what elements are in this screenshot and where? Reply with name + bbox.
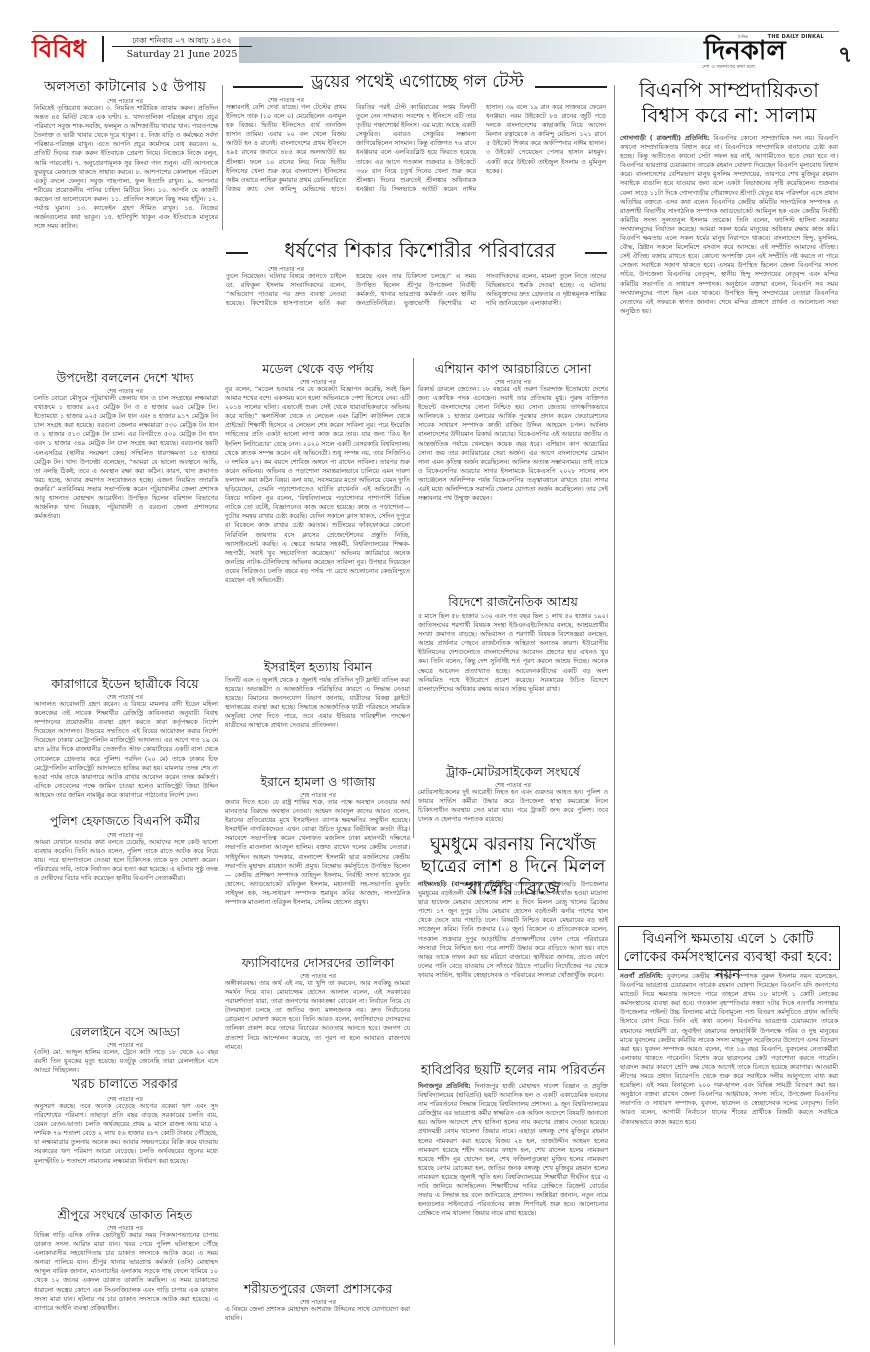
headline: ইসরাইল হত্যায় বিমান [226, 660, 410, 673]
headline: ট্রাক-মোটরসাইকেল সংঘর্ষে [418, 765, 608, 778]
body-text: বিএনপির কোনো সাম্প্রদায়িক দল নয়। বিএনপ… [620, 135, 838, 315]
headline: পুলিশ হেফাজতে বিএনপি কর্মীর [35, 815, 215, 828]
section-logo: বিবিধ [32, 35, 86, 63]
headline: শ্রীপুরে সংঘর্ষে ডাকাত নিহত [35, 1209, 215, 1222]
brand-logo: দিনকাল [704, 38, 786, 64]
article-body: চলতি বোরো মৌসুমে পটুয়াখালী জেলায় ধান ও… [34, 394, 218, 674]
column-divider [614, 85, 615, 1345]
headline: বিদেশে রাজনৈতিক আশ্রয় [418, 595, 608, 608]
article-body: গোদাগাড়ী ( রাজশাহী) প্রতিনিধি: বিএনপির … [620, 134, 838, 924]
article-body: রিকার্ভ ডাবলে জেতেন। ১৮ বছরের এই তরুণ তি… [418, 385, 608, 590]
headline: খরচ চালাতে সরকার [35, 1078, 215, 1092]
article-body: বিভিন্ন গাড়ি এদিক ওদিক ছোটাছুটি করার সম… [34, 1231, 218, 1327]
byline: দিনাজপুর প্রতিনিধি: [418, 1083, 471, 1090]
headline: হাবিপ্রবির ছয়টি হলের নাম পরিবর্তন [418, 1064, 608, 1078]
headline: শরীয়তপুরের জেলা প্রশাসকের [226, 1282, 410, 1295]
body-text: যুবদলের কেন্দ্রীয় সাধারণ সম্পাদক নুরুল … [620, 973, 838, 1126]
headline: রেললাইনে বসে আড্ডা [35, 1026, 215, 1039]
headline-box: বিএনপি ক্ষমতায় এলে ১ কোটি লোকের কর্মসংস… [618, 926, 840, 970]
headline: ড্রয়ের পথেই এগোচ্ছে গল টেস্ট [305, 74, 530, 92]
article-noyon-body: নওগাঁ প্রতিনিধি: যুবদলের কেন্দ্রীয় সাধা… [620, 972, 838, 1327]
article-body: আমরা যেখানে যতবার কথা বলতে চেয়েছি, আমাদ… [34, 838, 218, 1022]
headline: বিএনপি সাম্প্রদায়িকতা বিশ্বাস করে না: স… [620, 78, 838, 128]
article-body: নুর বলেন, “মডেল হওয়ার পর যে কয়েকটা বিজ… [225, 385, 410, 655]
column-divider [222, 85, 223, 230]
byline: গোদাগাড়ী ( রাজশাহী) প্রতিনিধি: [620, 135, 710, 142]
article-body: এ বিষয়ে জেলা প্রশাসক মোহাম্মদ আশরাফ উদ্… [225, 1305, 410, 1325]
newspaper-brand: দৈনিক THE DAILY DINKAL দিনকাল [704, 34, 824, 64]
page-number: ৭ [838, 38, 852, 75]
article-body: মোটরসাইকেলের দুই আরোহী নিহত হন এবং গুরুত… [418, 788, 608, 826]
article-body: অঙ্গীকারবদ্ধ। তার অর্থ এই নয়, যা খুশি ত… [225, 979, 410, 1279]
headline-rule-left [226, 252, 248, 254]
page-header: বিবিধ ঢাকা শনিবার ০৭ আষাঢ় ১৪৩২ Saturday… [32, 31, 839, 61]
article-body: (ওসি) মো. আব্দুল হালিম বলেন, ট্রেনে কাটা… [34, 1048, 218, 1076]
article-body: তিনটি এবং ৩ জুলাই থেকে ৫ জুলাই পর্যন্ত প… [225, 676, 410, 771]
byline: নওগাঁ প্রতিনিধি: [620, 973, 663, 980]
headline-rule-right [585, 252, 607, 254]
article-body: নিমিষেই তৃপ্তিবোধ করবেন। ৩. নিয়মিত শারী… [34, 104, 218, 368]
article-body: দিনাজপুর প্রতিনিধি: দিনাজপুর হাজী মোহাম্… [418, 1082, 608, 1327]
headline: কারাগারে ইডেন ছাত্রীকে বিয়ে [35, 677, 215, 690]
article-body: নাইক্ষ্যংছড়ি (বান্দরবান) প্রতিনিধি: বান… [418, 880, 608, 1060]
header-divider [102, 36, 104, 62]
headline: এশিয়ান কাপ আরচারিতে সোনা [418, 362, 608, 375]
header-gradient-band [239, 37, 739, 63]
article-body: সম্ভাবনাই বেশি দেখা যাচ্ছে। গল টেস্টের প… [226, 103, 606, 238]
date-english: Saturday 21 June 2025 [112, 49, 252, 61]
article-body: জবাব দিতে হবে। যে রাষ্ট্র শান্তির শত্রু,… [225, 798, 410, 953]
column-divider [413, 358, 414, 838]
article-body: ৫ মাসে ছিল ৫৮ হাজার ১৩০ এবং গত বছর ছিল ১… [418, 612, 608, 762]
headline: ফ্যাসিবাদের দোসরদের তালিকা [226, 956, 410, 969]
headline-rule-left [233, 86, 303, 88]
headline: ধর্ষণের শিকার কিশোরীর পরিবারের [250, 240, 590, 261]
article-body: অনুসরণ করছে। তবে অনেক বেড়েছে আগের বকেয়… [34, 1102, 218, 1206]
headline-rule-right [535, 86, 607, 88]
article-body: আদালত আবেদনটি গ্রহণ করেন। এ বিষয়ে মামলা… [34, 700, 218, 812]
body-text: দিনাজপুর হাজী মোহাম্মদ দানেশ বিজ্ঞান ও প… [418, 1083, 608, 1217]
date-bengali: ঢাকা শনিবার ০৭ আষাঢ় ১৪৩২ [112, 36, 252, 47]
article-body: তুলে নিয়েছেন। ঘটনার বিষয়ে জানতে চাইলে … [226, 272, 606, 352]
brand-tagline: দেশ ও জনগণের কথা বলে [702, 64, 755, 72]
body-text: বান্দরবানের নাইক্ষ্যংছড়ি উপজেলার ঘুমধুম… [418, 881, 608, 979]
headline: অলসতা কাটানোর ১৫ উপায় [35, 80, 215, 95]
headline: উপদেষ্টা বললেন দেশে খাদ্য [35, 371, 215, 384]
headline: মডেল থেকে বড় পর্দায় [226, 362, 410, 375]
headline: ইরানে হামলা ও গাজায় [226, 775, 410, 788]
byline: নাইক্ষ্যংছড়ি (বান্দরবান) প্রতিনিধি: [418, 881, 509, 888]
